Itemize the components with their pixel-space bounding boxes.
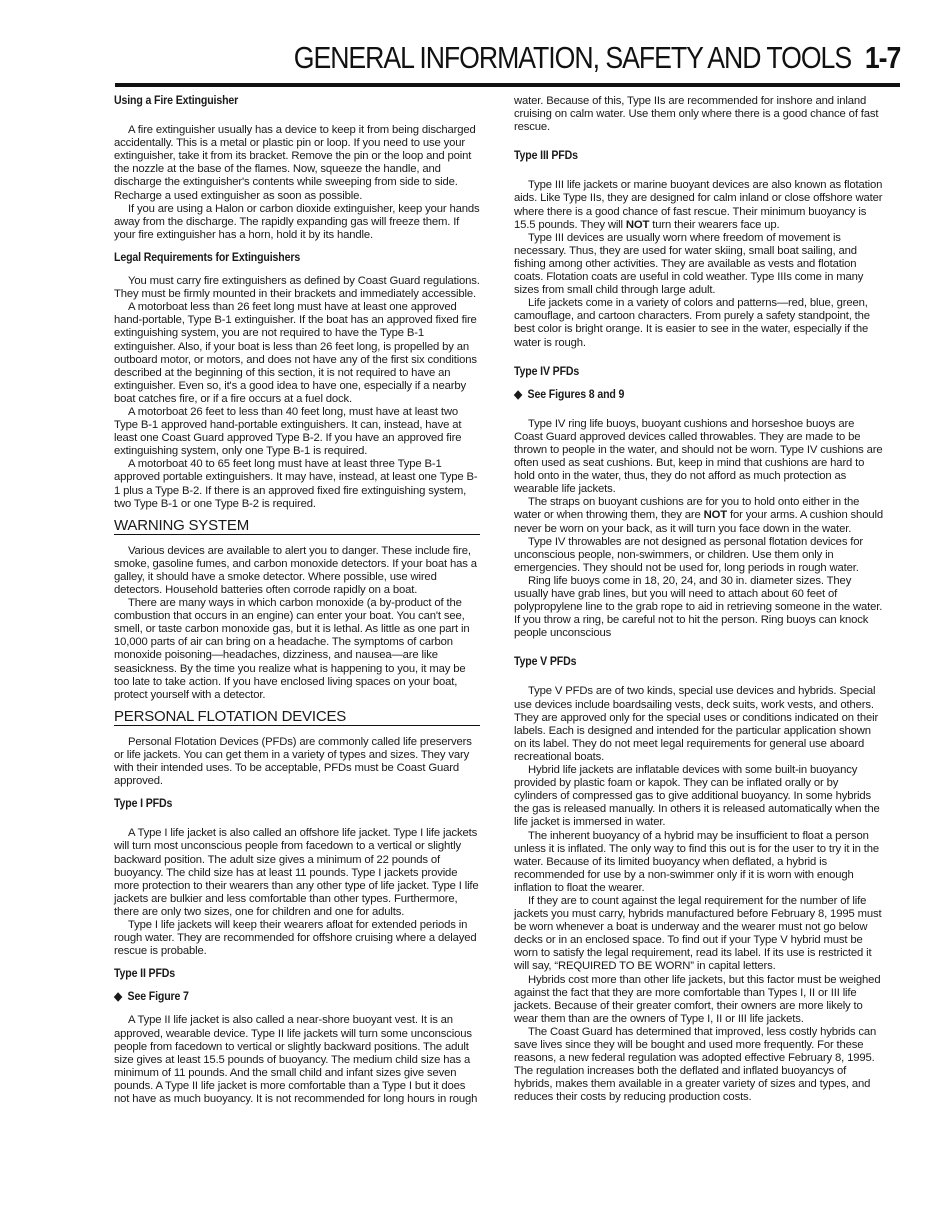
paragraph: A fire extinguisher usually has a device… bbox=[114, 124, 480, 203]
emphasis-not: NOT bbox=[704, 509, 727, 521]
paragraph: Life jackets come in a variety of colors… bbox=[514, 297, 884, 349]
section-heading-personal-flotation-devices: PERSONAL FLOTATION DEVICES bbox=[114, 708, 480, 726]
paragraph: Type IV ring life buoys, buoyant cushion… bbox=[514, 418, 884, 497]
paragraph: Type V PFDs are of two kinds, special us… bbox=[514, 685, 884, 764]
see-figure-label: See Figure 7 bbox=[128, 991, 189, 1003]
emphasis-not: NOT bbox=[626, 219, 649, 231]
running-head: GENERAL INFORMATION, SAFETY AND TOOLS1-7 bbox=[293, 40, 900, 76]
see-figure-7-link[interactable]: ◆See Figure 7 bbox=[114, 991, 451, 1004]
paragraph: Type IV throwables are not designed as p… bbox=[514, 536, 884, 575]
paragraph: Type I life jackets will keep their wear… bbox=[114, 919, 480, 958]
page-header: GENERAL INFORMATION, SAFETY AND TOOLS1-7 bbox=[115, 40, 900, 86]
paragraph: A Type I life jacket is also called an o… bbox=[114, 827, 480, 919]
heading-type-v-pfds: Type V PFDs bbox=[514, 656, 854, 669]
right-column: water. Because of this, Type IIs are rec… bbox=[514, 95, 884, 1104]
paragraph: Type III life jackets or marine buoyant … bbox=[514, 179, 884, 231]
heading-using-fire-extinguisher: Using a Fire Extinguisher bbox=[114, 95, 451, 108]
chapter-title: GENERAL INFORMATION, SAFETY AND TOOLS bbox=[293, 40, 850, 75]
heading-type-ii-pfds: Type II PFDs bbox=[114, 968, 451, 981]
paragraph: Hybrids cost more than other life jacket… bbox=[514, 974, 884, 1026]
paragraph: The Coast Guard has determined that impr… bbox=[514, 1026, 884, 1105]
paragraph: You must carry fire extinguishers as def… bbox=[114, 275, 480, 301]
heading-type-i-pfds: Type I PFDs bbox=[114, 798, 451, 811]
section-heading-warning-system: WARNING SYSTEM bbox=[114, 517, 480, 535]
paragraph: Personal Flotation Devices (PFDs) are co… bbox=[114, 736, 480, 788]
paragraph: Type III devices are usually worn where … bbox=[514, 232, 884, 297]
heading-type-iv-pfds: Type IV PFDs bbox=[514, 366, 854, 379]
header-rule bbox=[115, 83, 900, 87]
paragraph: A Type II life jacket is also called a n… bbox=[114, 1014, 480, 1106]
paragraph: Various devices are available to alert y… bbox=[114, 545, 480, 597]
see-figures-8-9-link[interactable]: ◆See Figures 8 and 9 bbox=[514, 389, 854, 402]
paragraph-continued: water. Because of this, Type IIs are rec… bbox=[514, 95, 884, 134]
diamond-bullet-icon: ◆ bbox=[114, 991, 122, 1003]
left-column: Using a Fire Extinguisher A fire extingu… bbox=[114, 95, 480, 1106]
paragraph: A motorboat 26 feet to less than 40 feet… bbox=[114, 406, 480, 458]
diamond-bullet-icon: ◆ bbox=[514, 389, 522, 401]
paragraph: A motorboat less than 26 feet long must … bbox=[114, 301, 480, 406]
heading-legal-requirements: Legal Requirements for Extinguishers bbox=[114, 252, 451, 265]
paragraph: Hybrid life jackets are inflatable devic… bbox=[514, 764, 884, 829]
heading-type-iii-pfds: Type III PFDs bbox=[514, 150, 854, 163]
paragraph: If they are to count against the legal r… bbox=[514, 895, 884, 974]
paragraph: The inherent buoyancy of a hybrid may be… bbox=[514, 830, 884, 895]
paragraph: If you are using a Halon or carbon dioxi… bbox=[114, 203, 480, 242]
paragraph: A motorboat 40 to 65 feet long must have… bbox=[114, 458, 480, 510]
page-number: 1-7 bbox=[865, 40, 900, 75]
paragraph: Ring life buoys come in 18, 20, 24, and … bbox=[514, 575, 884, 640]
paragraph: The straps on buoyant cushions are for y… bbox=[514, 496, 884, 535]
paragraph: There are many ways in which carbon mono… bbox=[114, 597, 480, 702]
see-figure-label: See Figures 8 and 9 bbox=[528, 389, 625, 401]
